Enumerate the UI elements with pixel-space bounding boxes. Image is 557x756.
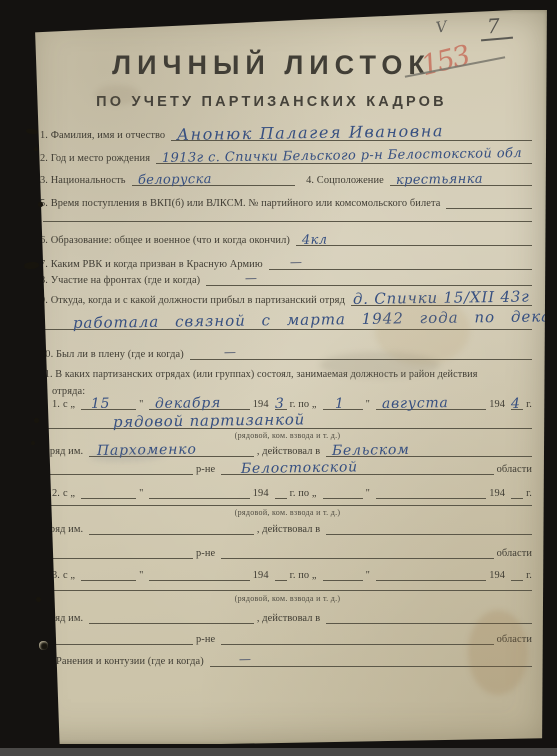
- entry1-unit-line: Пархоменко: [89, 443, 254, 457]
- entry2-oblast-label: области: [497, 548, 535, 559]
- entry1-from-day: 15: [91, 396, 111, 412]
- entry1-dates: 1. с „ 15 " декабря 194 3 г. по „ 1 " ав…: [40, 397, 535, 410]
- blank-line: [43, 209, 532, 222]
- field-surname-label: 1. Фамилия, имя и отчество: [40, 130, 168, 141]
- entry2-district-line: [221, 545, 493, 559]
- field-social-label: 4. Соцположение: [298, 175, 387, 186]
- form-paper: ЛИЧНЫЙ ЛИСТОК ПО УЧЕТУ ПАРТИЗАНСКИХ КАДР…: [26, 10, 547, 744]
- field-wounds-label: 12. Ранения и контузии (где и когда): [40, 656, 207, 667]
- field-birth-line: 1913г с. Спички Бельского р-н Белостокск…: [156, 150, 532, 164]
- field-education-label: 6. Образование: общее и военное (что и к…: [40, 235, 293, 246]
- entry3-position-line: [43, 578, 532, 591]
- form-subtitle: ПО УЧЕТУ ПАРТИЗАНСКИХ КАДРОВ: [26, 94, 517, 110]
- field-birth: 2. Год и место рождения 1913г с. Спички …: [40, 151, 535, 164]
- entry2-lead-line: [43, 545, 193, 559]
- field-surname: 1. Фамилия, имя и отчество Анонюк Палаге…: [40, 128, 535, 141]
- field-education-line: 4кл: [296, 232, 532, 246]
- field-arrival-label: 9. Откуда, когда и с какой должности при…: [40, 295, 348, 306]
- field-social-value: крестьянка: [396, 172, 483, 188]
- field-party-line: [446, 195, 532, 209]
- field-surname-value: Анонюк Палагея Ивановна: [177, 121, 444, 144]
- entry1-district-line: Белостокской: [221, 461, 493, 475]
- entry3-caption: (рядовой, ком. взвода и т. д.): [40, 594, 535, 603]
- entry3-district-line: [221, 631, 493, 645]
- entry1-s: с „: [63, 399, 78, 410]
- field-education-value: 4кл: [302, 233, 328, 248]
- field-arrival-value2: работала связной с марта 1942 года по де…: [73, 305, 557, 332]
- page-number-mark: 7: [486, 14, 500, 39]
- entry1-from-day-line: 15: [81, 396, 136, 410]
- entry3-otryad-label: отряд им.: [40, 613, 86, 624]
- entry2-acted-line: [326, 521, 532, 535]
- field-party: 5. Время поступления в ВКП(б) или ВЛКСМ.…: [40, 196, 535, 209]
- entry1-to-day: 1: [334, 396, 344, 412]
- scanned-document: ЛИЧНЫЙ ЛИСТОК ПО УЧЕТУ ПАРТИЗАНСКИХ КАДР…: [0, 0, 557, 756]
- field-education: 6. Образование: общее и военное (что и к…: [40, 233, 535, 246]
- field-nationality-value: белоруска: [137, 172, 211, 188]
- field-arrival-line2: работала связной с марта 1942 года по де…: [40, 316, 535, 330]
- entry1-from-month: декабря: [155, 395, 221, 412]
- entry1-from-year-line: 3: [275, 396, 287, 410]
- entry1-unit-name: Пархоменко: [97, 442, 197, 459]
- entry1-otryad-label: отряд им.: [40, 446, 86, 457]
- field-wounds-line: —: [210, 653, 532, 667]
- entry1-lead-line: [43, 461, 193, 475]
- entry1-district-row: р-не Белостокской области: [40, 462, 535, 475]
- entry2-unit-line: [89, 521, 254, 535]
- entry1-q1: ": [139, 399, 146, 410]
- entry1-unit-row: отряд им. Пархоменко , действовал в Бель…: [40, 444, 535, 457]
- field-rvk: 7. Каким РВК и когда призван в Красную А…: [40, 257, 535, 270]
- field-rvk-label: 7. Каким РВК и когда призван в Красную А…: [40, 259, 266, 270]
- field-captivity-line: —: [190, 346, 532, 360]
- entry3-oblast-label: области: [497, 634, 535, 645]
- field-arrival-line: д. Спички 15/XII 43г: [351, 292, 532, 306]
- entry1-acted-label: , действовал в: [257, 446, 323, 457]
- field-captivity: 10. Был ли в плену (где и когда) —: [40, 347, 535, 360]
- field-fronts-label: 8. Участие на фронтах (где и когда): [40, 275, 203, 286]
- field-party-line2: [40, 210, 535, 222]
- entry1-acted-line: Бельском: [326, 443, 532, 457]
- field-fronts: 8. Участие на фронтах (где и когда) —: [40, 273, 535, 286]
- entry1-g: г.: [526, 399, 535, 410]
- field-units-label: 11. В каких партизанских отрядах (или гр…: [40, 369, 481, 380]
- entry1-q2: ": [366, 399, 373, 410]
- entry3-unit-row: отряд им. , действовал в: [40, 611, 535, 624]
- entry1-position: рядовой партизанкой: [113, 410, 305, 431]
- check-mark: V: [435, 17, 448, 36]
- entry2-position-line: [43, 493, 532, 506]
- entry2-unit-row: отряд им. , действовал в: [40, 522, 535, 535]
- entry1-to-year: 4: [511, 396, 521, 412]
- entry1-from-year: 3: [274, 396, 284, 412]
- field-arrival-value: д. Спички 15/XII 43г: [353, 288, 530, 308]
- entry1-acted-in: Бельском: [332, 442, 410, 459]
- entry1-position-line: рядовой партизанкой: [43, 414, 532, 429]
- field-nationality-line: белоруска: [132, 172, 295, 186]
- entry1-to-year-line: 4: [511, 396, 523, 410]
- entry3-unit-line: [89, 610, 254, 624]
- entry1-to-day-line: 1: [323, 396, 363, 410]
- entry3-acted-label: , действовал в: [257, 613, 323, 624]
- field-fronts-line: —: [206, 272, 532, 286]
- entry1-year2: 194: [489, 399, 508, 410]
- field-nationality-social: 3. Национальность белоруска 4. Соцположе…: [40, 173, 535, 186]
- field-captivity-value: —: [224, 345, 237, 359]
- entry1-position-row: рядовой партизанкой: [40, 415, 535, 429]
- field-units-heading: 11. В каких партизанских отрядах (или гр…: [40, 367, 535, 380]
- entry1-district: Белостокской: [241, 459, 358, 477]
- entry3-rne-label: р-не: [196, 634, 218, 645]
- entry2-otryad-label: отряд им.: [40, 524, 86, 535]
- field-surname-line: Анонюк Палагея Ивановна: [171, 127, 532, 141]
- entry2-rne-label: р-не: [196, 548, 218, 559]
- entry2-caption: (рядовой, ком. взвода и т. д.): [40, 508, 535, 517]
- entry1-oblast-label: области: [497, 464, 535, 475]
- entry3-lead-line: [43, 631, 193, 645]
- entry3-district-row: р-не области: [40, 632, 535, 645]
- entry1-num: 1.: [40, 399, 63, 410]
- field-wounds: 12. Ранения и контузии (где и когда) —: [40, 654, 535, 667]
- entry1-to-month: августа: [382, 395, 449, 412]
- entry1-rne-label: р-не: [196, 464, 218, 475]
- entry3-acted-line: [326, 610, 532, 624]
- entry1-year1: 194: [253, 399, 272, 410]
- field-nationality-label: 3. Национальность: [40, 175, 129, 186]
- field-birth-label: 2. Год и место рождения: [40, 153, 153, 164]
- field-arrival-line2-rule: работала связной с марта 1942 года по де…: [43, 315, 532, 330]
- field-fronts-value: —: [245, 271, 258, 285]
- entry2-district-row: р-не области: [40, 546, 535, 559]
- field-arrival: 9. Откуда, когда и с какой должности при…: [40, 293, 535, 306]
- field-rvk-line: —: [269, 256, 532, 270]
- entry1-po: г. по „: [290, 399, 320, 410]
- scan-bottom-strip: [0, 748, 557, 756]
- field-wounds-value: —: [239, 652, 252, 666]
- entry1-caption: (рядовой, ком. взвода и т. д.): [40, 431, 535, 440]
- field-party-label: 5. Время поступления в ВКП(б) или ВЛКСМ.…: [40, 198, 443, 209]
- entry2-acted-label: , действовал в: [257, 524, 323, 535]
- entry1-from-month-line: декабря: [149, 396, 249, 410]
- field-social-line: крестьянка: [390, 172, 532, 186]
- field-captivity-label: 10. Был ли в плену (где и когда): [40, 349, 187, 360]
- entry2-position-row: [40, 494, 535, 506]
- field-birth-value: 1913г с. Спички Бельского р-н Белостокск…: [162, 146, 522, 166]
- entry1-to-month-line: августа: [376, 396, 486, 410]
- field-rvk-value: —: [290, 255, 303, 269]
- entry3-position-row: [40, 579, 535, 591]
